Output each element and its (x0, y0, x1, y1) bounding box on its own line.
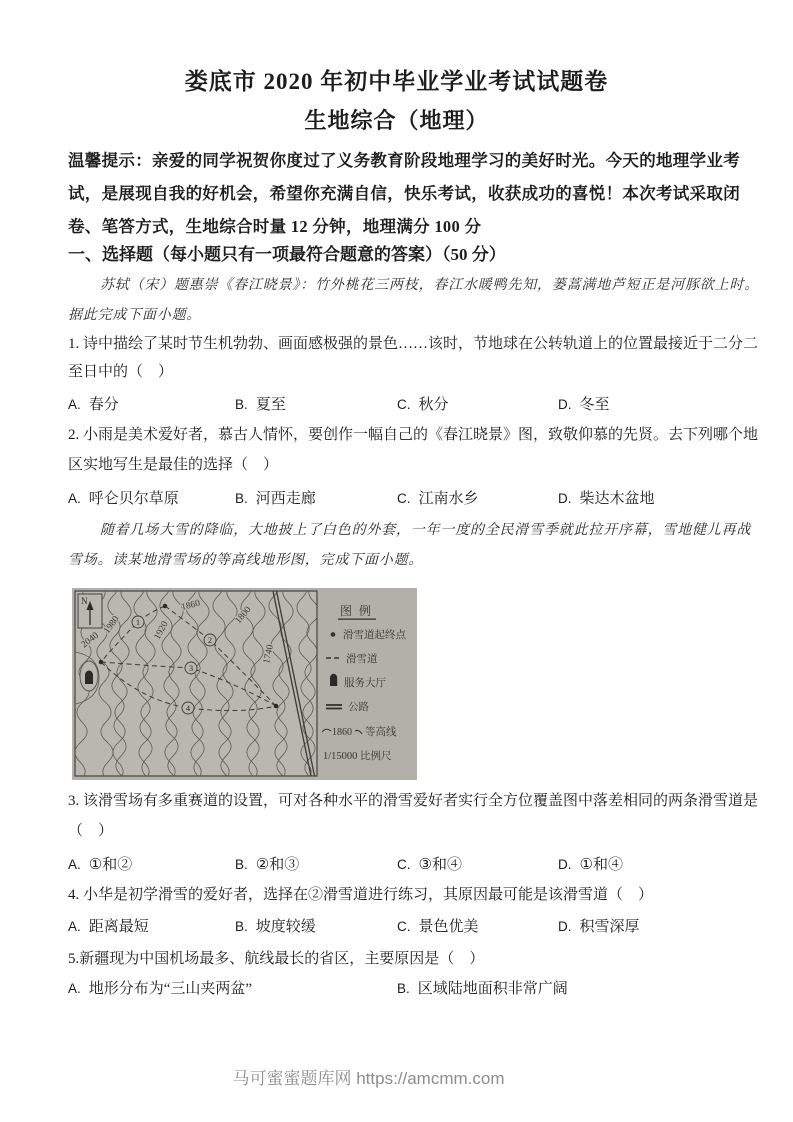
option-a: A.地形分布为“三山夹两盆” (68, 977, 252, 998)
option-text: 坡度较缓 (256, 919, 316, 935)
option-letter: A. (68, 981, 81, 996)
option-letter: B. (235, 857, 248, 872)
question-5-line-1: 5.新疆现为中国机场最多、航线最长的省区，主要原因是（ ） (68, 947, 484, 968)
option-text: 江南水乡 (419, 491, 479, 507)
option-b: B.夏至 (235, 393, 286, 414)
option-letter: B. (235, 397, 248, 412)
page-title: 娄底市 2020 年初中毕业学业考试试题卷 (0, 63, 793, 96)
option-d: D.积雪深厚 (558, 915, 640, 936)
option-text: 距离最短 (89, 919, 149, 935)
poem-passage-line-1: 苏轼（宋）题惠崇《春江晓景》：竹外桃花三两枝，春江水暖鸭先知，蒌蒿满地芦短正是河… (100, 274, 759, 294)
legend-contour-value: 1860 (332, 727, 352, 738)
option-letter: A. (68, 857, 81, 872)
option-a: A.①和② (68, 853, 132, 874)
snow-passage-line-1: 随着几场大雪的降临，大地披上了白色的外套，一年一度的全民滑雪季就此拉开序幕，雪地… (100, 519, 751, 539)
option-letter: D. (558, 919, 572, 934)
legend-hall-label: 服务大厅 (344, 676, 386, 689)
question-2-line-1: 2. 小雨是美术爱好者，慕古人情怀，要创作一幅自己的《春江晓景》图，致敬仰慕的先… (68, 423, 758, 444)
option-letter: A. (68, 491, 81, 506)
service-hall-icon (85, 671, 93, 685)
option-letter: C. (397, 857, 411, 872)
legend-start-end-label: 滑雪道起终点 (343, 628, 406, 641)
legend-road-label: 公路 (348, 700, 369, 713)
topo-map-image: 1 2 3 4 2040 1980 1920 1860 1800 1740 N (72, 588, 417, 780)
option-d: D.冬至 (558, 393, 610, 414)
option-text: 景色优美 (419, 919, 479, 935)
section-header-choice: 一、选择题（每小题只有一项最符合题意的答案）（50 分） (68, 240, 506, 265)
legend-title: 图 例 (340, 603, 373, 618)
option-text: 春分 (89, 397, 119, 413)
option-c: C.秋分 (397, 393, 449, 414)
option-text: ①和④ (580, 857, 623, 873)
option-letter: D. (558, 397, 572, 412)
option-letter: C. (397, 491, 411, 506)
option-letter: D. (558, 491, 572, 506)
option-text: 河西走廊 (256, 491, 316, 507)
option-a: A.呼仑贝尔草原 (68, 487, 179, 508)
option-text: 夏至 (256, 397, 286, 413)
option-text: 地形分布为“三山夹两盆” (89, 981, 252, 997)
option-letter: D. (558, 857, 572, 872)
option-text: 呼仑贝尔草原 (89, 491, 179, 507)
option-letter: C. (397, 919, 411, 934)
option-text: 秋分 (419, 397, 449, 413)
option-text: 积雪深厚 (580, 919, 640, 935)
trail-1-marker: 1 (136, 617, 140, 627)
legend-title-underline (338, 619, 376, 620)
north-arrow: N (78, 594, 102, 628)
option-text: 冬至 (580, 397, 610, 413)
option-b: B.区域陆地面积非常广阔 (397, 977, 568, 998)
notice-line-2: 试，是展现自我的好机会，希望你充满自信，快乐考试，收获成功的喜悦！本次考试采取闭 (68, 180, 740, 204)
option-d: D.柴达木盆地 (558, 487, 655, 508)
option-b: B.②和③ (235, 853, 299, 874)
option-text: 柴达木盆地 (580, 491, 655, 507)
option-letter: C. (397, 397, 411, 412)
option-letter: B. (397, 981, 410, 996)
question-3-line-2: （ ） (68, 819, 113, 840)
option-c: C.江南水乡 (397, 487, 479, 508)
question-3-options: A.①和② B.②和③ C.③和④ D.①和④ (68, 853, 728, 873)
option-letter: B. (235, 491, 248, 506)
question-5-options: A.地形分布为“三山夹两盆” B.区域陆地面积非常广阔 (68, 977, 728, 997)
option-letter: A. (68, 397, 81, 412)
legend-scale-label: 1/15000 比例尺 (323, 749, 392, 762)
option-text: ③和④ (419, 857, 462, 873)
footer-link[interactable]: 马可蜜蜜题库网 https://amcmm.com (0, 1064, 737, 1089)
option-letter: A. (68, 919, 81, 934)
option-text: ②和③ (256, 857, 299, 873)
snow-passage-line-2: 雪场。读某地滑雪场的等高线地形图，完成下面小题。 (68, 549, 423, 569)
poem-passage-line-2: 据此完成下面小题。 (68, 304, 201, 324)
question-1-options: A.春分 B.夏至 C.秋分 D.冬至 (68, 393, 728, 413)
option-b: B.坡度较缓 (235, 915, 316, 936)
option-a: A.春分 (68, 393, 119, 414)
legend-trail-label: 滑雪道 (346, 652, 378, 665)
notice-line-1: 温馨提示：亲爱的同学祝贺你度过了义务教育阶段地理学习的美好时光。今天的地理学业考 (68, 147, 740, 171)
legend-contour-label: 等高线 (365, 725, 397, 738)
option-text: ①和② (89, 857, 132, 873)
question-1-line-1: 1. 诗中描绘了某时节生机勃勃、画面感极强的景色……该时，节地球在公转轨道上的位… (68, 332, 758, 353)
option-d: D.①和④ (558, 853, 623, 874)
notice-line-3: 卷、笔答方式，生地综合时量 12 分钟，地理满分 100 分 (68, 213, 481, 237)
trail-3-marker: 3 (189, 663, 193, 673)
north-label: N (81, 596, 88, 606)
legend-hall-icon (330, 674, 337, 686)
question-2-line-2: 区实地写生是最佳的选择（ ） (68, 453, 278, 474)
option-c: C.③和④ (397, 853, 462, 874)
option-b: B.河西走廊 (235, 487, 316, 508)
topo-map-figure: 1 2 3 4 2040 1980 1920 1860 1800 1740 N (72, 588, 417, 780)
trail-2-marker: 2 (208, 635, 212, 645)
question-1-line-2: 至日中的（ ） (68, 360, 173, 381)
legend-dot-icon (331, 632, 336, 637)
option-a: A.距离最短 (68, 915, 149, 936)
option-text: 区域陆地面积非常广阔 (418, 981, 568, 997)
question-2-options: A.呼仑贝尔草原 B.河西走廊 C.江南水乡 D.柴达木盆地 (68, 487, 728, 507)
page-subtitle: 生地综合（地理） (0, 104, 793, 135)
question-3-line-1: 3. 该滑雪场有多重赛道的设置，可对各种水平的滑雪爱好者实行全方位覆盖图中落差相… (68, 789, 758, 810)
question-4-options: A.距离最短 B.坡度较缓 C.景色优美 D.积雪深厚 (68, 915, 728, 935)
question-4-line-1: 4. 小华是初学滑雪的爱好者，选择在②滑雪道进行练习，其原因最可能是该滑雪道（ … (68, 883, 653, 904)
option-c: C.景色优美 (397, 915, 479, 936)
exam-paper-page: 娄底市 2020 年初中毕业学业考试试题卷 生地综合（地理） 温馨提示：亲爱的同… (0, 0, 793, 1122)
option-letter: B. (235, 919, 248, 934)
